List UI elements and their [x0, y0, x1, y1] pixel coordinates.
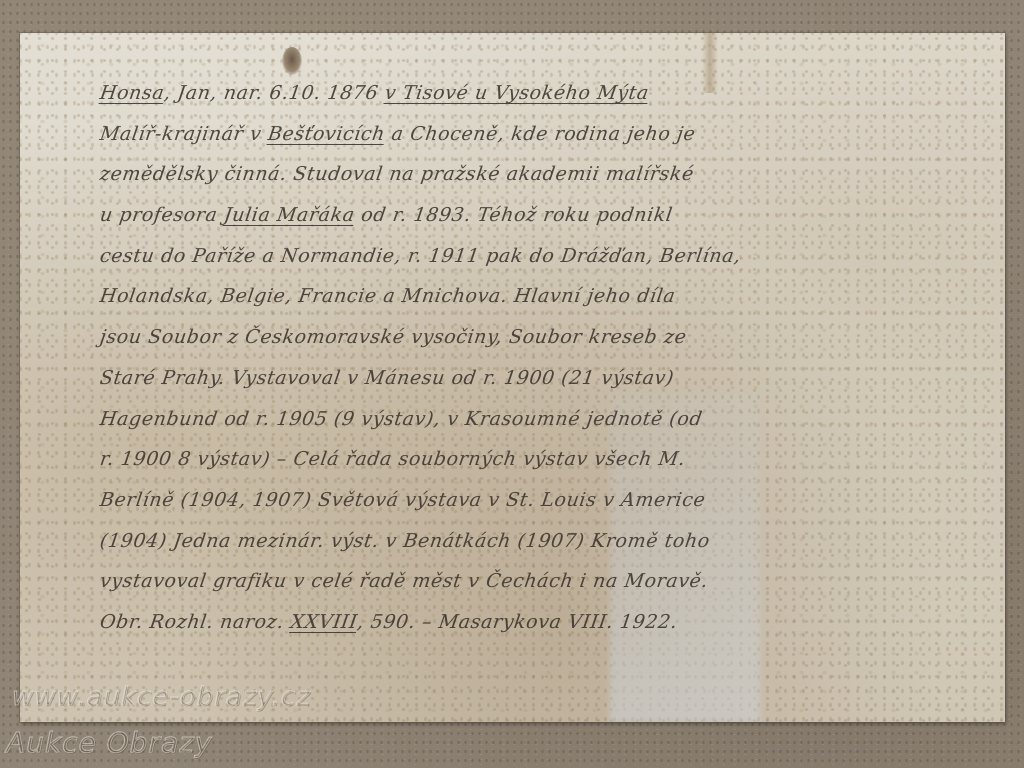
- text-line: Staré Prahy. Vystavoval v Mánesu od r. 1…: [97, 358, 983, 399]
- text-line: u profesora Julia Mařáka od r. 1893. Téh…: [97, 195, 983, 236]
- text-line: cestu do Paříže a Normandie, r. 1911 pak…: [97, 236, 983, 277]
- underlined-phrase: v Tisové u Vysokého Mýta: [383, 82, 650, 104]
- underlined-phrase: Bešťovicích: [267, 123, 387, 145]
- text-line: jsou Soubor z Českomoravské vysočiny, So…: [97, 317, 983, 358]
- underlined-phrase: XXVIII: [289, 611, 359, 633]
- text-line: Hagenbund od r. 1905 (9 výstav), v Kraso…: [97, 399, 983, 440]
- text-line: (1904) Jedna mezinár. výst. v Benátkách …: [97, 521, 983, 562]
- underlined-phrase: Julia Mařáka: [223, 204, 357, 226]
- text-line: zemědělsky činná. Studoval na pražské ak…: [97, 154, 983, 195]
- handwritten-document: Honsa, Jan, nar. 6.10. 1876 v Tisové u V…: [20, 33, 1005, 722]
- text-line: Holandska, Belgie, Francie a Mnichova. H…: [97, 276, 983, 317]
- watermark-url: www.aukce-obrazy.cz: [12, 682, 311, 712]
- watermark-brand: Aukce Obrazy: [6, 726, 212, 759]
- text-line: Berlíně (1904, 1907) Světová výstava v S…: [97, 480, 983, 521]
- text-line: vystavoval grafiku v celé řadě měst v Če…: [97, 561, 983, 602]
- text-line: Obr. Rozhl. naroz. XXVIII, 590. – Masary…: [97, 602, 983, 643]
- text-line: r. 1900 8 výstav) – Celá řada souborných…: [97, 439, 983, 480]
- handwritten-text: Honsa, Jan, nar. 6.10. 1876 v Tisové u V…: [100, 73, 980, 643]
- underlined-phrase: Honsa: [99, 82, 166, 104]
- text-line: Honsa, Jan, nar. 6.10. 1876 v Tisové u V…: [97, 73, 983, 114]
- text-line: Malíř-krajinář v Bešťovicích a Choceně, …: [97, 114, 983, 155]
- pin-hole: [282, 47, 302, 75]
